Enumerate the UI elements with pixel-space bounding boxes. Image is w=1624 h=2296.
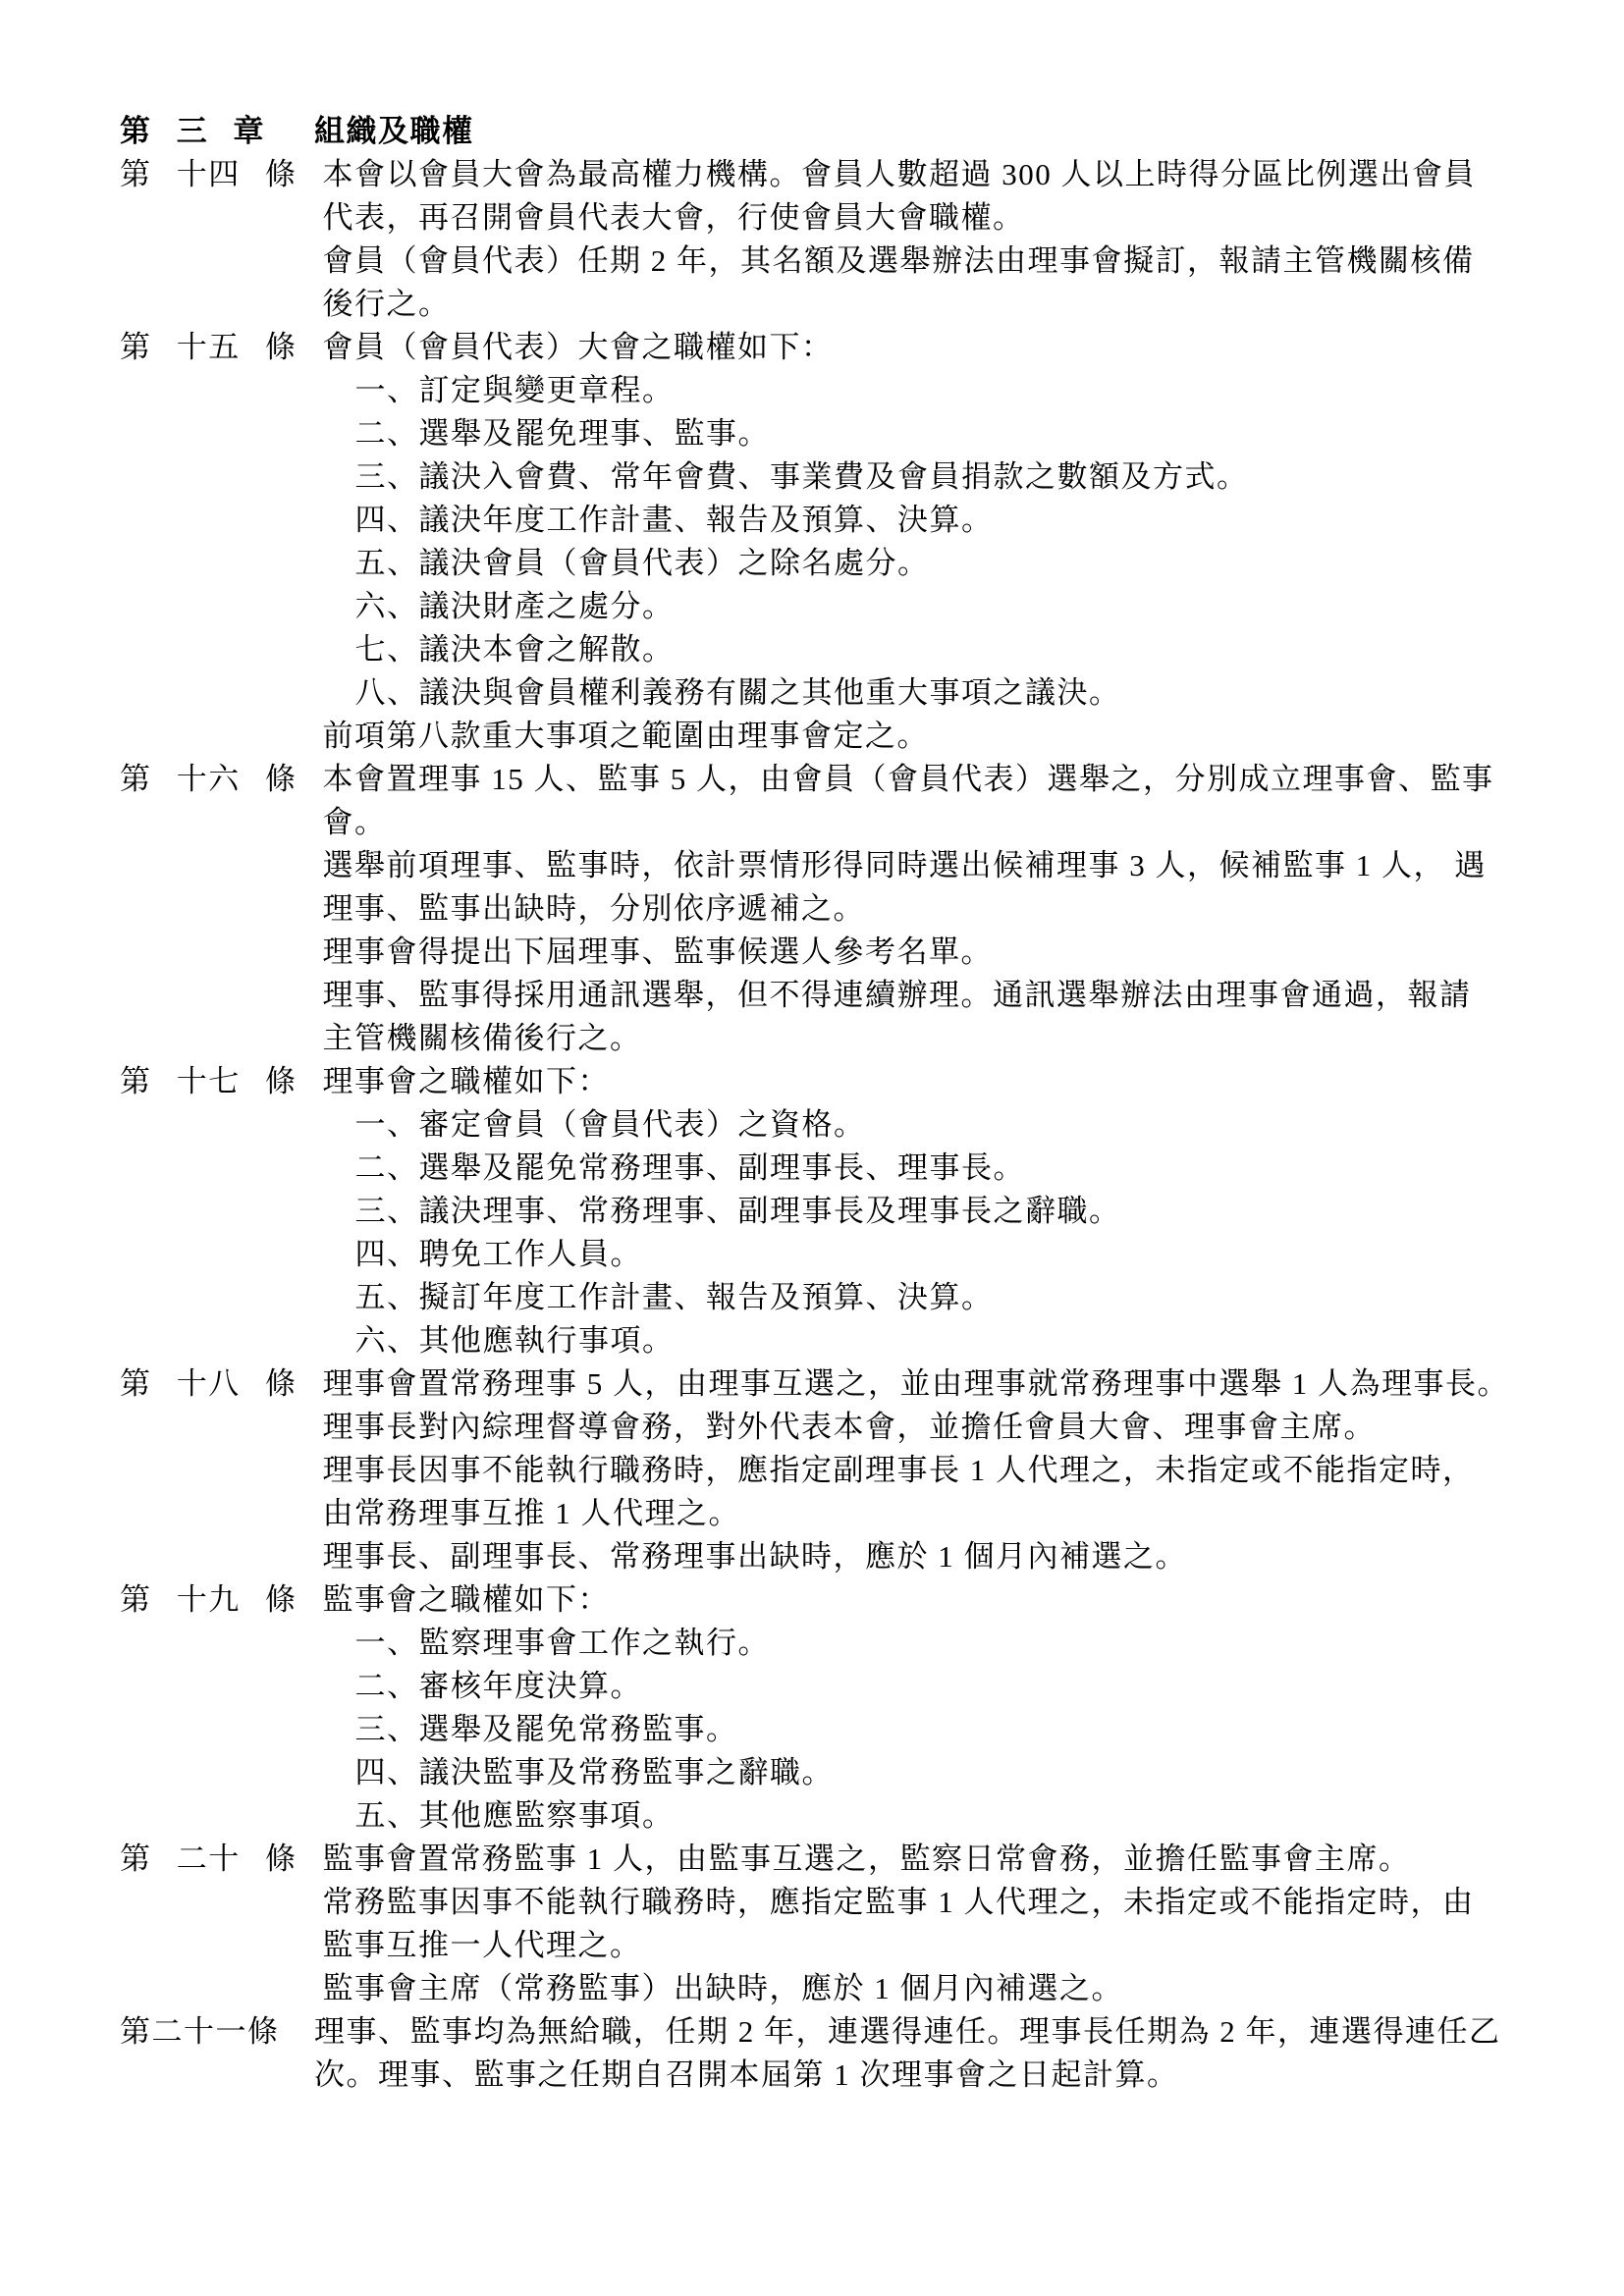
article-body: 本會置理事 15 人、監事 5 人，由會員（會員代表）選舉之，分別成立理事會、監… [323, 758, 1586, 1060]
article-line: 監事會置常務監事 1 人，由監事互選之，監察日常會務，並擔任監事會主席。 [323, 1838, 1586, 1881]
article-line: 主管機關核備後行之。 [323, 1017, 1586, 1060]
article-line: 代表，再召開會員代表大會，行使會員大會職權。 [323, 196, 1586, 240]
article-body: 監事會置常務監事 1 人，由監事互選之，監察日常會務，並擔任監事會主席。常務監事… [323, 1838, 1586, 2010]
article-number: 第 十四 條 [120, 153, 298, 196]
article-line: 本會以會員大會為最高權力機構。會員人數超過 300 人以上時得分區比例選出會員 [323, 153, 1586, 196]
article-line: 八、議決與會員權利義務有關之其他重大事項之議決。 [323, 671, 1586, 715]
article-line: 一、審定會員（會員代表）之資格。 [323, 1103, 1586, 1147]
article-line: 理事長因事不能執行職務時，應指定副理事長 1 人代理之，未指定或不能指定時， [323, 1449, 1586, 1492]
article-line: 理事會之職權如下： [323, 1060, 1586, 1103]
article-body: 會員（會員代表）大會之職權如下：一、訂定與變更章程。二、選舉及罷免理事、監事。三… [323, 326, 1586, 758]
article-line: 四、議決監事及常務監事之辭職。 [323, 1751, 1586, 1794]
article-line: 監事會主席（常務監事）出缺時，應於 1 個月內補選之。 [323, 1967, 1586, 2010]
article-line: 監事會之職權如下： [323, 1578, 1586, 1622]
chapter-label: 第 三 章 [120, 110, 289, 153]
article-line: 二、選舉及罷免理事、監事。 [323, 412, 1586, 455]
article-line: 六、其他應執行事項。 [323, 1319, 1586, 1362]
article-number: 第 二十 條 [120, 1838, 298, 1881]
article-line: 後行之。 [323, 283, 1586, 326]
article-line: 本會置理事 15 人、監事 5 人，由會員（會員代表）選舉之，分別成立理事會、監… [323, 758, 1586, 801]
article-line: 理事、監事得採用通訊選舉，但不得連續辦理。通訊選舉辦法由理事會通過，報請 [323, 974, 1586, 1017]
article-line: 二、選舉及罷免常務理事、副理事長、理事長。 [323, 1147, 1586, 1190]
article-line: 會。 [323, 801, 1586, 844]
article-line: 常務監事因事不能執行職務時，應指定監事 1 人代理之，未指定或不能指定時，由 [323, 1881, 1586, 1924]
article-line: 一、訂定與變更章程。 [323, 369, 1586, 412]
article: 第 十四 條 本會以會員大會為最高權力機構。會員人數超過 300 人以上時得分區… [120, 153, 1585, 326]
article-body: 本會以會員大會為最高權力機構。會員人數超過 300 人以上時得分區比例選出會員代… [323, 153, 1586, 326]
article-number: 第 十八 條 [120, 1362, 298, 1406]
article-line: 會員（會員代表）任期 2 年，其名額及選舉辦法由理事會擬訂，報請主管機關核備 [323, 240, 1586, 283]
article: 第 十九 條 監事會之職權如下：一、監察理事會工作之執行。二、審核年度決算。三、… [120, 1578, 1585, 1838]
article-line: 選舉前項理事、監事時，依計票情形得同時選出候補理事 3 人，候補監事 1 人， … [323, 844, 1586, 887]
article-body: 監事會之職權如下：一、監察理事會工作之執行。二、審核年度決算。三、選舉及罷免常務… [323, 1578, 1586, 1838]
article-line: 三、議決入會費、常年會費、事業費及會員捐款之數額及方式。 [323, 455, 1586, 499]
article: 第 二十 條 監事會置常務監事 1 人，由監事互選之，監察日常會務，並擔任監事會… [120, 1838, 1585, 2010]
article-body: 理事、監事均為無給職，任期 2 年，連選得連任。理事長任期為 2 年，連選得連任… [314, 2010, 1585, 2097]
document-page: 第 三 章 組織及職權 第 十四 條 本會以會員大會為最高權力機構。會員人數超過… [0, 0, 1624, 2296]
article-line: 由常務理事互推 1 人代理之。 [323, 1492, 1586, 1535]
article-number: 第二十一條 [120, 2010, 289, 2054]
article-line: 理事長對內綜理督導會務，對外代表本會，並擔任會員大會、理事會主席。 [323, 1406, 1586, 1449]
article: 第 十六 條 本會置理事 15 人、監事 5 人，由會員（會員代表）選舉之，分別… [120, 758, 1585, 1060]
article-line: 理事長、副理事長、常務理事出缺時，應於 1 個月內補選之。 [323, 1535, 1586, 1578]
article-number: 第 十五 條 [120, 326, 298, 369]
article-line: 前項第八款重大事項之範圍由理事會定之。 [323, 715, 1586, 758]
article-line: 理事會得提出下屆理事、監事候選人參考名單。 [323, 931, 1586, 974]
article-line: 五、議決會員（會員代表）之除名處分。 [323, 542, 1586, 585]
article-line: 五、擬訂年度工作計畫、報告及預算、決算。 [323, 1276, 1586, 1319]
article-line: 監事互推一人代理之。 [323, 1924, 1586, 1967]
article-line: 理事會置常務理事 5 人，由理事互選之，並由理事就常務理事中選舉 1 人為理事長… [323, 1362, 1586, 1406]
article-line: 三、選舉及罷免常務監事。 [323, 1708, 1586, 1751]
article-line: 三、議決理事、常務理事、副理事長及理事長之辭職。 [323, 1190, 1586, 1233]
article-line: 一、監察理事會工作之執行。 [323, 1622, 1586, 1665]
article-body: 理事會之職權如下：一、審定會員（會員代表）之資格。二、選舉及罷免常務理事、副理事… [323, 1060, 1586, 1362]
article-line: 四、議決年度工作計畫、報告及預算、決算。 [323, 499, 1586, 542]
article-line: 次。理事、監事之任期自召開本屆第 1 次理事會之日起計算。 [314, 2054, 1585, 2097]
article-line: 四、聘免工作人員。 [323, 1233, 1586, 1276]
article-line: 七、議決本會之解散。 [323, 628, 1586, 671]
article-line: 六、議決財產之處分。 [323, 585, 1586, 628]
article: 第 十七 條 理事會之職權如下：一、審定會員（會員代表）之資格。二、選舉及罷免常… [120, 1060, 1585, 1362]
article-line: 五、其他應監察事項。 [323, 1794, 1586, 1838]
article-number: 第 十九 條 [120, 1578, 298, 1622]
articles-list: 第 十四 條 本會以會員大會為最高權力機構。會員人數超過 300 人以上時得分區… [120, 153, 1585, 2097]
article: 第 十五 條 會員（會員代表）大會之職權如下：一、訂定與變更章程。二、選舉及罷免… [120, 326, 1585, 758]
article-line: 二、審核年度決算。 [323, 1665, 1586, 1708]
article-number: 第 十六 條 [120, 758, 298, 801]
chapter-title: 組織及職權 [314, 110, 1585, 153]
article: 第 十八 條 理事會置常務理事 5 人，由理事互選之，並由理事就常務理事中選舉 … [120, 1362, 1585, 1578]
article-line: 會員（會員代表）大會之職權如下： [323, 326, 1586, 369]
article: 第二十一條 理事、監事均為無給職，任期 2 年，連選得連任。理事長任期為 2 年… [120, 2010, 1585, 2097]
article-line: 理事、監事出缺時，分別依序遞補之。 [323, 887, 1586, 931]
article-number: 第 十七 條 [120, 1060, 298, 1103]
article-line: 理事、監事均為無給職，任期 2 年，連選得連任。理事長任期為 2 年，連選得連任… [314, 2010, 1585, 2054]
article-body: 理事會置常務理事 5 人，由理事互選之，並由理事就常務理事中選舉 1 人為理事長… [323, 1362, 1586, 1578]
chapter-heading: 第 三 章 組織及職權 [120, 110, 1585, 153]
